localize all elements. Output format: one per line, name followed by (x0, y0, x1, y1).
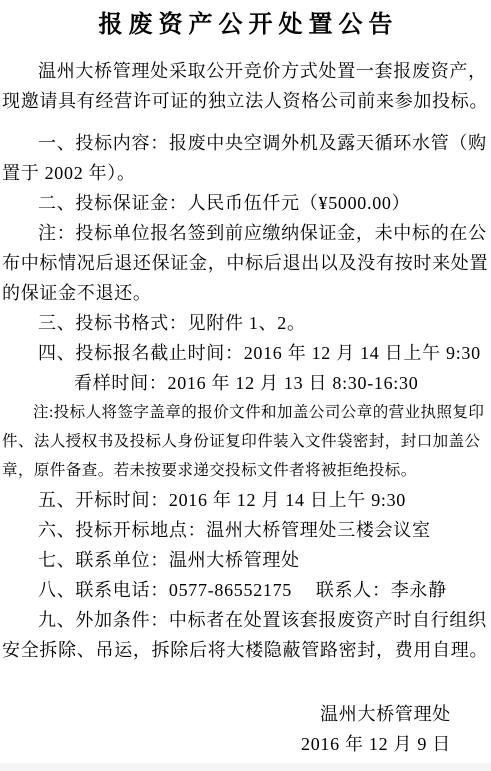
item-contact-phone: 八、联系电话：0577-86552175 联系人：李永静 (2, 575, 489, 605)
document-title: 报废资产公开处置公告 (2, 6, 489, 44)
signature-date: 2016 年 12 月 9 日 (2, 729, 451, 759)
item-bid-deposit: 二、投标保证金：人民币伍仟元（¥5000.00） (2, 188, 489, 218)
announcement-document: 报废资产公开处置公告 温州大桥管理处采取公开竞价方式处置一套报废资产，现邀请具有… (0, 0, 491, 771)
item-bid-opening-location: 六、投标开标地点：温州大桥管理处三楼会议室 (2, 515, 489, 545)
note-submission-requirements: 注:投标人将签字盖章的报价文件和加盖公司公章的营业执照复印件、法人授权书及投标人… (2, 398, 489, 485)
item-bid-content: 一、投标内容：报废中央空调外机及露天循环水管（购置于 2002 年）。 (2, 128, 489, 188)
signature-block: 温州大桥管理处 2016 年 12 月 9 日 (2, 699, 489, 759)
item-contact-unit: 七、联系单位：温州大桥管理处 (2, 545, 489, 575)
scan-edge-strip (0, 763, 491, 771)
sample-viewing-time: 看样时间：2016 年 12 月 13 日 8:30-16:30 (2, 368, 489, 398)
item-registration-deadline: 四、投标报名截止时间：2016 年 12 月 14 日上午 9:30 (2, 338, 489, 368)
note-deposit-refund: 注：投标单位报名签到前应缴纳保证金，未中标的在公布中标情况后退还保证金，中标后退… (2, 218, 489, 308)
intro-paragraph: 温州大桥管理处采取公开竞价方式处置一套报废资产，现邀请具有经营许可证的独立法人资… (2, 56, 489, 116)
item-additional-conditions: 九、外加条件：中标者在处置该套报废资产时自行组织安全拆除、吊运，拆除后将大楼隐蔽… (2, 605, 489, 665)
signature-org: 温州大桥管理处 (2, 699, 451, 729)
item-bid-document-format: 三、投标书格式：见附件 1、2。 (2, 308, 489, 338)
item-bid-opening-time: 五、开标时间：2016 年 12 月 14 日上午 9:30 (2, 485, 489, 515)
